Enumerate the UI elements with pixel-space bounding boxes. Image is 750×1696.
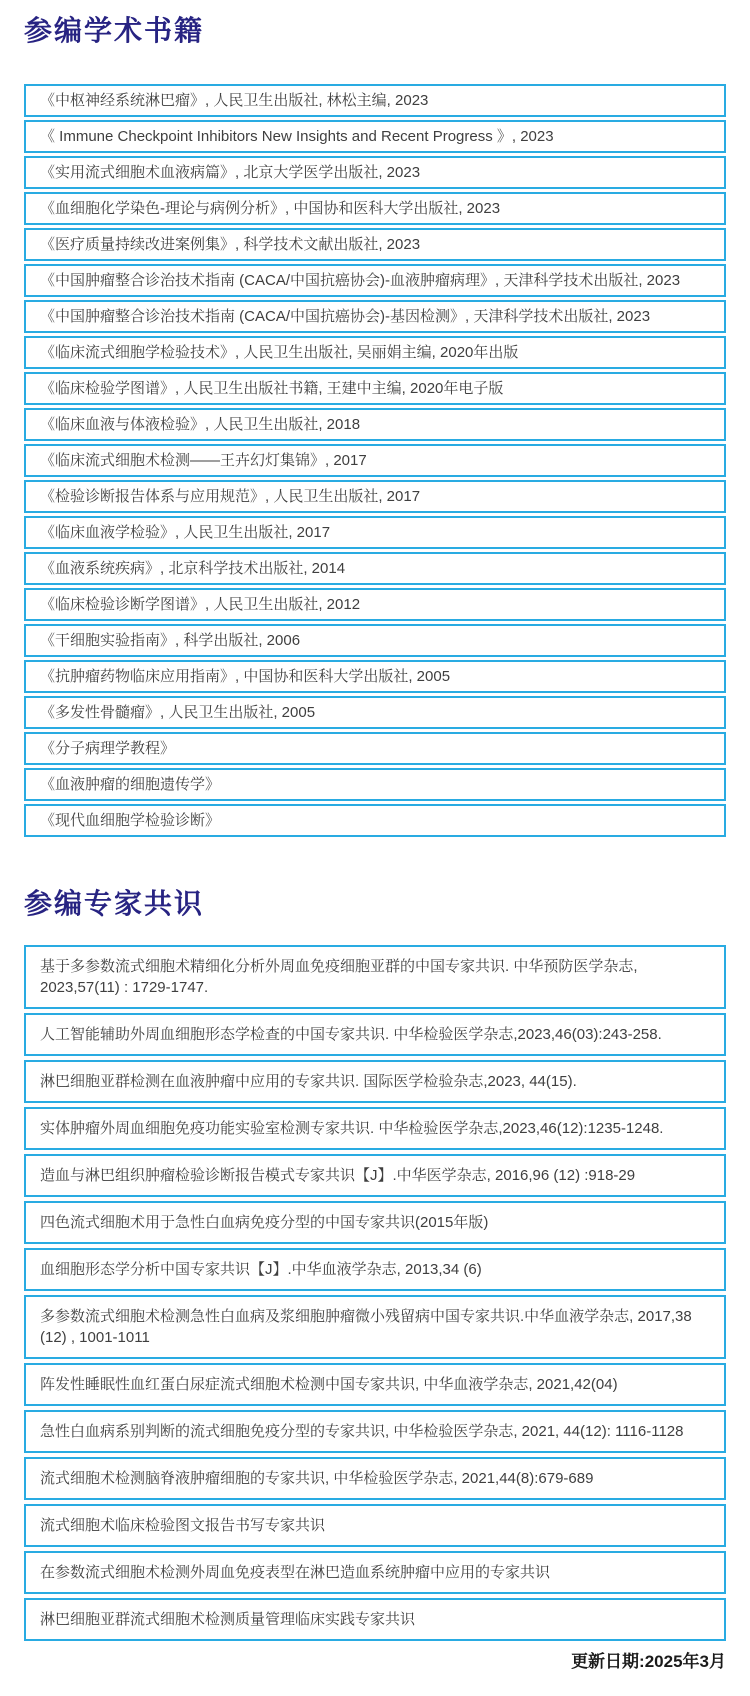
books-section: 参编学术书籍 《中枢神经系统淋巴瘤》, 人民卫生出版社, 林松主编, 2023《… xyxy=(24,14,726,837)
consensus-item: 在参数流式细胞术检测外周血免疫表型在淋巴造血系统肿瘤中应用的专家共识 xyxy=(24,1551,726,1594)
book-item: 《血细胞化学染色-理论与病例分析》, 中国协和医科大学出版社, 2023 xyxy=(24,192,726,225)
consensus-section: 参编专家共识 基于多参数流式细胞术精细化分析外周血免疫细胞亚群的中国专家共识. … xyxy=(24,887,726,1641)
consensus-item: 人工智能辅助外周血细胞形态学检查的中国专家共识. 中华检验医学杂志,2023,4… xyxy=(24,1013,726,1056)
book-item: 《检验诊断报告体系与应用规范》, 人民卫生出版社, 2017 xyxy=(24,480,726,513)
book-item: 《实用流式细胞术血液病篇》, 北京大学医学出版社, 2023 xyxy=(24,156,726,189)
book-item: 《现代血细胞学检验诊断》 xyxy=(24,804,726,837)
book-item: 《抗肿瘤药物临床应用指南》, 中国协和医科大学出版社, 2005 xyxy=(24,660,726,693)
book-item: 《多发性骨髓瘤》, 人民卫生出版社, 2005 xyxy=(24,696,726,729)
consensus-item: 流式细胞术临床检验图文报告书写专家共识 xyxy=(24,1504,726,1547)
consensus-item: 实体肿瘤外周血细胞免疫功能实验室检测专家共识. 中华检验医学杂志,2023,46… xyxy=(24,1107,726,1150)
book-item: 《医疗质量持续改进案例集》, 科学技术文献出版社, 2023 xyxy=(24,228,726,261)
consensus-section-title: 参编专家共识 xyxy=(24,887,726,921)
page: 参编学术书籍 《中枢神经系统淋巴瘤》, 人民卫生出版社, 林松主编, 2023《… xyxy=(0,0,750,1675)
book-item: 《临床检验诊断学图谱》, 人民卫生出版社, 2012 xyxy=(24,588,726,621)
books-list: 《中枢神经系统淋巴瘤》, 人民卫生出版社, 林松主编, 2023《 Immune… xyxy=(24,84,726,837)
book-item: 《中国肿瘤整合诊治技术指南 (CACA/中国抗癌协会)-血液肿瘤病理》, 天津科… xyxy=(24,264,726,297)
book-item: 《血液肿瘤的细胞遗传学》 xyxy=(24,768,726,801)
book-item: 《中国肿瘤整合诊治技术指南 (CACA/中国抗癌协会)-基因检测》, 天津科学技… xyxy=(24,300,726,333)
book-item: 《临床检验学图谱》, 人民卫生出版社书籍, 王建中主编, 2020年电子版 xyxy=(24,372,726,405)
book-item: 《 Immune Checkpoint Inhibitors New Insig… xyxy=(24,120,726,153)
book-item: 《分子病理学教程》 xyxy=(24,732,726,765)
consensus-item: 急性白血病系别判断的流式细胞免疫分型的专家共识, 中华检验医学杂志, 2021,… xyxy=(24,1410,726,1453)
book-item: 《临床血液学检验》, 人民卫生出版社, 2017 xyxy=(24,516,726,549)
consensus-item: 四色流式细胞术用于急性白血病免疫分型的中国专家共识(2015年版) xyxy=(24,1201,726,1244)
book-item: 《血液系统疾病》, 北京科学技术出版社, 2014 xyxy=(24,552,726,585)
update-date-label: 更新日期:2025年3月 xyxy=(24,1651,726,1673)
book-item: 《临床流式细胞学检验技术》, 人民卫生出版社, 吴丽娟主编, 2020年出版 xyxy=(24,336,726,369)
consensus-item: 多参数流式细胞术检测急性白血病及浆细胞肿瘤微小残留病中国专家共识.中华血液学杂志… xyxy=(24,1295,726,1359)
consensus-item: 血细胞形态学分析中国专家共识【J】.中华血液学杂志, 2013,34 (6) xyxy=(24,1248,726,1291)
consensus-list: 基于多参数流式细胞术精细化分析外周血免疫细胞亚群的中国专家共识. 中华预防医学杂… xyxy=(24,945,726,1641)
book-item: 《临床血液与体液检验》, 人民卫生出版社, 2018 xyxy=(24,408,726,441)
consensus-item: 淋巴细胞亚群流式细胞术检测质量管理临床实践专家共识 xyxy=(24,1598,726,1641)
books-section-title: 参编学术书籍 xyxy=(24,14,726,48)
consensus-item: 造血与淋巴组织肿瘤检验诊断报告模式专家共识【J】.中华医学杂志, 2016,96… xyxy=(24,1154,726,1197)
book-item: 《干细胞实验指南》, 科学出版社, 2006 xyxy=(24,624,726,657)
consensus-item: 阵发性睡眠性血红蛋白尿症流式细胞术检测中国专家共识, 中华血液学杂志, 2021… xyxy=(24,1363,726,1406)
consensus-item: 流式细胞术检测脑脊液肿瘤细胞的专家共识, 中华检验医学杂志, 2021,44(8… xyxy=(24,1457,726,1500)
book-item: 《中枢神经系统淋巴瘤》, 人民卫生出版社, 林松主编, 2023 xyxy=(24,84,726,117)
book-item: 《临床流式细胞术检测——王卉幻灯集锦》, 2017 xyxy=(24,444,726,477)
consensus-item: 基于多参数流式细胞术精细化分析外周血免疫细胞亚群的中国专家共识. 中华预防医学杂… xyxy=(24,945,726,1009)
consensus-item: 淋巴细胞亚群检测在血液肿瘤中应用的专家共识. 国际医学检验杂志,2023, 44… xyxy=(24,1060,726,1103)
